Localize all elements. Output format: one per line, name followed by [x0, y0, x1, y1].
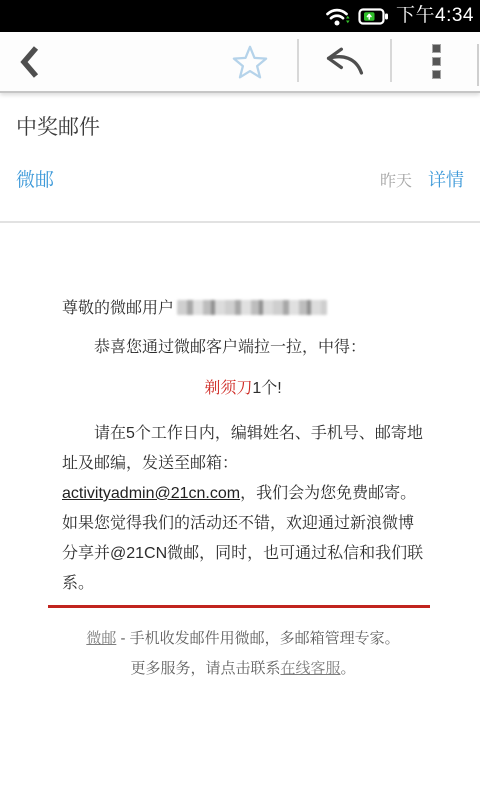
- details-link[interactable]: 详情: [428, 167, 464, 193]
- online-service-link[interactable]: 在线客服: [280, 660, 340, 677]
- prize-name: 剃须刀: [204, 380, 252, 397]
- favorite-button[interactable]: [202, 32, 297, 91]
- back-button[interactable]: [0, 32, 70, 91]
- wifi-signal-icon: [325, 6, 351, 27]
- congrats-line: 恭喜您通过微邮客户端拉一拉，中得：: [62, 333, 424, 363]
- greeting-line: 尊敬的微邮用户: [62, 294, 424, 324]
- status-bar: 下午4:34: [0, 0, 480, 32]
- instruction-text-1: 请在5个工作日内，编辑姓名、手机号、邮寄地址及邮编，发送至邮箱：: [62, 425, 423, 472]
- screen: 下午4:34: [0, 0, 480, 800]
- greeting-text: 尊敬的微邮用户: [62, 300, 174, 317]
- status-time: 下午4:34: [396, 0, 474, 32]
- email-date: 昨天: [380, 169, 412, 195]
- reply-button[interactable]: [299, 32, 390, 91]
- weiyou-brand-link[interactable]: 微邮: [86, 630, 116, 647]
- star-outline-icon: [231, 44, 269, 80]
- footer-tagline: - 手机收发邮件用微邮，多邮箱管理专家。: [116, 630, 399, 647]
- sender-name[interactable]: 微邮: [16, 168, 54, 194]
- prize-count: 1个!: [252, 380, 281, 397]
- redacted-email-address: [177, 300, 327, 315]
- battery-charging-icon: [358, 8, 389, 25]
- signature-divider: [48, 605, 430, 608]
- email-body: 尊敬的微邮用户 恭喜您通过微邮客户端拉一拉，中得： 剃须刀1个! 请在5个工作日…: [0, 223, 480, 684]
- overflow-menu-icon: [432, 44, 441, 79]
- instructions-paragraph: 请在5个工作日内，编辑姓名、手机号、邮寄地址及邮编，发送至邮箱：activity…: [62, 419, 424, 599]
- email-subject: 中奖邮件: [16, 113, 464, 143]
- scrollbar-thumb[interactable]: [477, 44, 479, 86]
- toolbar-spacer: [70, 32, 202, 91]
- contact-email-link[interactable]: activityadmin@21cn.com: [62, 485, 240, 502]
- footer-more-text: 更多服务，请点击联系: [130, 660, 280, 677]
- sender-meta: 昨天 详情: [380, 167, 464, 195]
- prize-line: 剃须刀1个!: [62, 374, 424, 404]
- footer-more-suffix: 。: [341, 660, 356, 677]
- back-chevron-icon: [20, 44, 40, 80]
- toolbar: [0, 32, 480, 93]
- overflow-menu-button[interactable]: [392, 32, 480, 91]
- reply-arrow-icon: [324, 46, 366, 78]
- footer-brand-line: 微邮 - 手机收发邮件用微邮，多邮箱管理专家。: [62, 624, 424, 654]
- email-view: 中奖邮件 微邮 昨天 详情 尊敬的微邮用户 恭喜您通过微邮客户端拉一拉，中得： …: [0, 113, 480, 684]
- sender-row: 微邮 昨天 详情: [16, 167, 464, 195]
- footer-service-line: 更多服务，请点击联系在线客服。: [62, 654, 424, 684]
